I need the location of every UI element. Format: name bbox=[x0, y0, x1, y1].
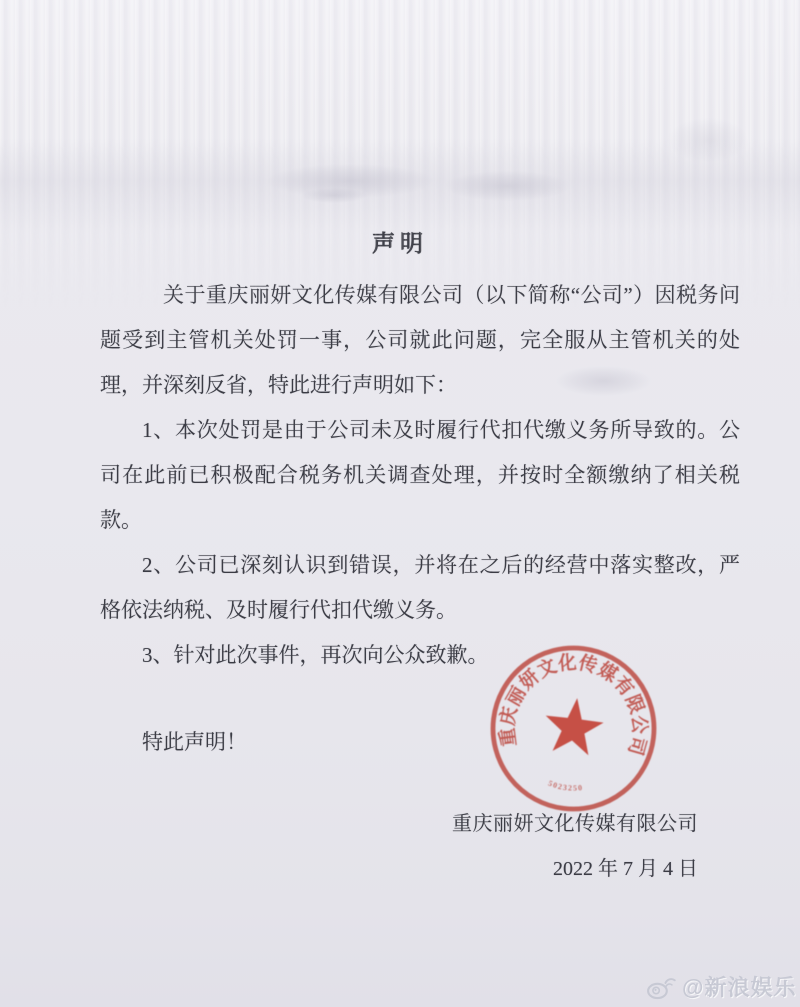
signature-block: 重庆丽妍文化传媒有限公司 2022 年 7 月 4 日 bbox=[0, 812, 800, 881]
signature-date: 2022 年 7 月 4 日 bbox=[0, 857, 698, 881]
signature-company-name: 重庆丽妍文化传媒有限公司 bbox=[0, 812, 698, 836]
statement-document-photo: 声明 关于重庆丽妍文化传媒有限公司（以下简称“公司”）因税务问题受到主管机关处罚… bbox=[0, 0, 800, 1007]
weibo-logo-icon bbox=[645, 972, 677, 1001]
closing-line: 特此声明！ bbox=[100, 720, 740, 765]
paragraph-item-3: 3、针对此次事件，再次向公众致歉。 bbox=[100, 633, 740, 678]
svg-text:5023250: 5023250 bbox=[546, 778, 584, 794]
paragraph-item-2: 2、公司已深刻认识到错误，并将在之后的经营中落实整改，严格依法纳税、及时履行代扣… bbox=[100, 543, 740, 633]
document-title: 声明 bbox=[0, 0, 800, 257]
document-body: 关于重庆丽妍文化传媒有限公司（以下简称“公司”）因税务问题受到主管机关处罚一事，… bbox=[100, 273, 740, 765]
paragraph-item-1: 1、本次处罚是由于公司未及时履行代扣代缴义务所导致的。公司在此前已积极配合税务机… bbox=[100, 408, 740, 543]
seal-code-number: 5023250 bbox=[546, 778, 584, 794]
watermark-text: @新浪娱乐 bbox=[682, 971, 796, 1002]
watermark: @新浪娱乐 bbox=[645, 971, 796, 1002]
paragraph-intro: 关于重庆丽妍文化传媒有限公司（以下简称“公司”）因税务问题受到主管机关处罚一事，… bbox=[100, 273, 740, 408]
